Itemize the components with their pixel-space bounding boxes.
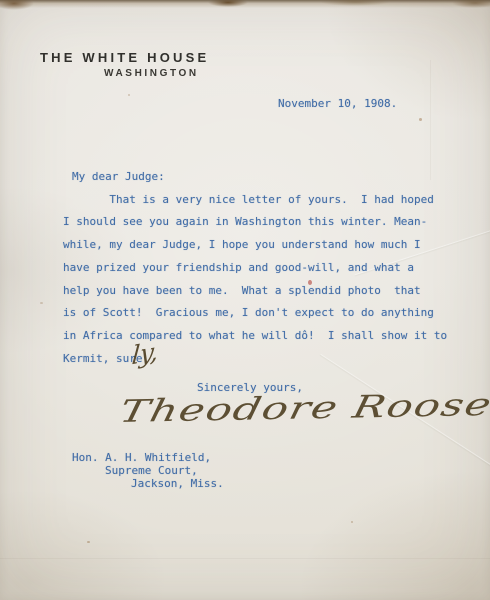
body-line: in Africa compared to what he will dô! I…	[63, 325, 473, 348]
foxing-spot	[40, 302, 43, 304]
recipient-name: Hon. A. H. Whitfield,	[72, 451, 211, 464]
paper-crease	[0, 558, 490, 559]
foxing-spot	[128, 94, 130, 96]
body-line: help you have been to me. What a splendi…	[63, 280, 473, 303]
letter-photo: THE WHITE HOUSE WASHINGTON November 10, …	[0, 0, 490, 600]
foxing-spot	[419, 118, 422, 121]
body-line: is of Scott! Gracious me, I don't expect…	[63, 302, 473, 325]
body-line: while, my dear Judge, I hope you underst…	[63, 234, 473, 257]
body-line: That is a very nice letter of yours. I h…	[63, 189, 473, 212]
paper-crease	[430, 60, 431, 180]
letterhead-subtitle: WASHINGTON	[104, 68, 199, 79]
recipient-court: Supreme Court,	[105, 464, 198, 477]
letter-body: My dear Judge: That is a very nice lette…	[63, 166, 473, 370]
foxing-spot	[87, 541, 90, 543]
letterhead-title: THE WHITE HOUSE	[40, 50, 209, 65]
body-line: have prized your friendship and good-wil…	[63, 257, 473, 280]
handwritten-correction: ly,	[131, 336, 160, 370]
date-line: November 10, 1908.	[278, 97, 397, 110]
body-line: I should see you again in Washington thi…	[63, 211, 473, 234]
recipient-city: Jackson, Miss.	[131, 477, 224, 490]
foxing-spot	[351, 521, 353, 523]
salutation: My dear Judge:	[72, 166, 473, 189]
body-line: Kermit, sure	[63, 348, 473, 371]
